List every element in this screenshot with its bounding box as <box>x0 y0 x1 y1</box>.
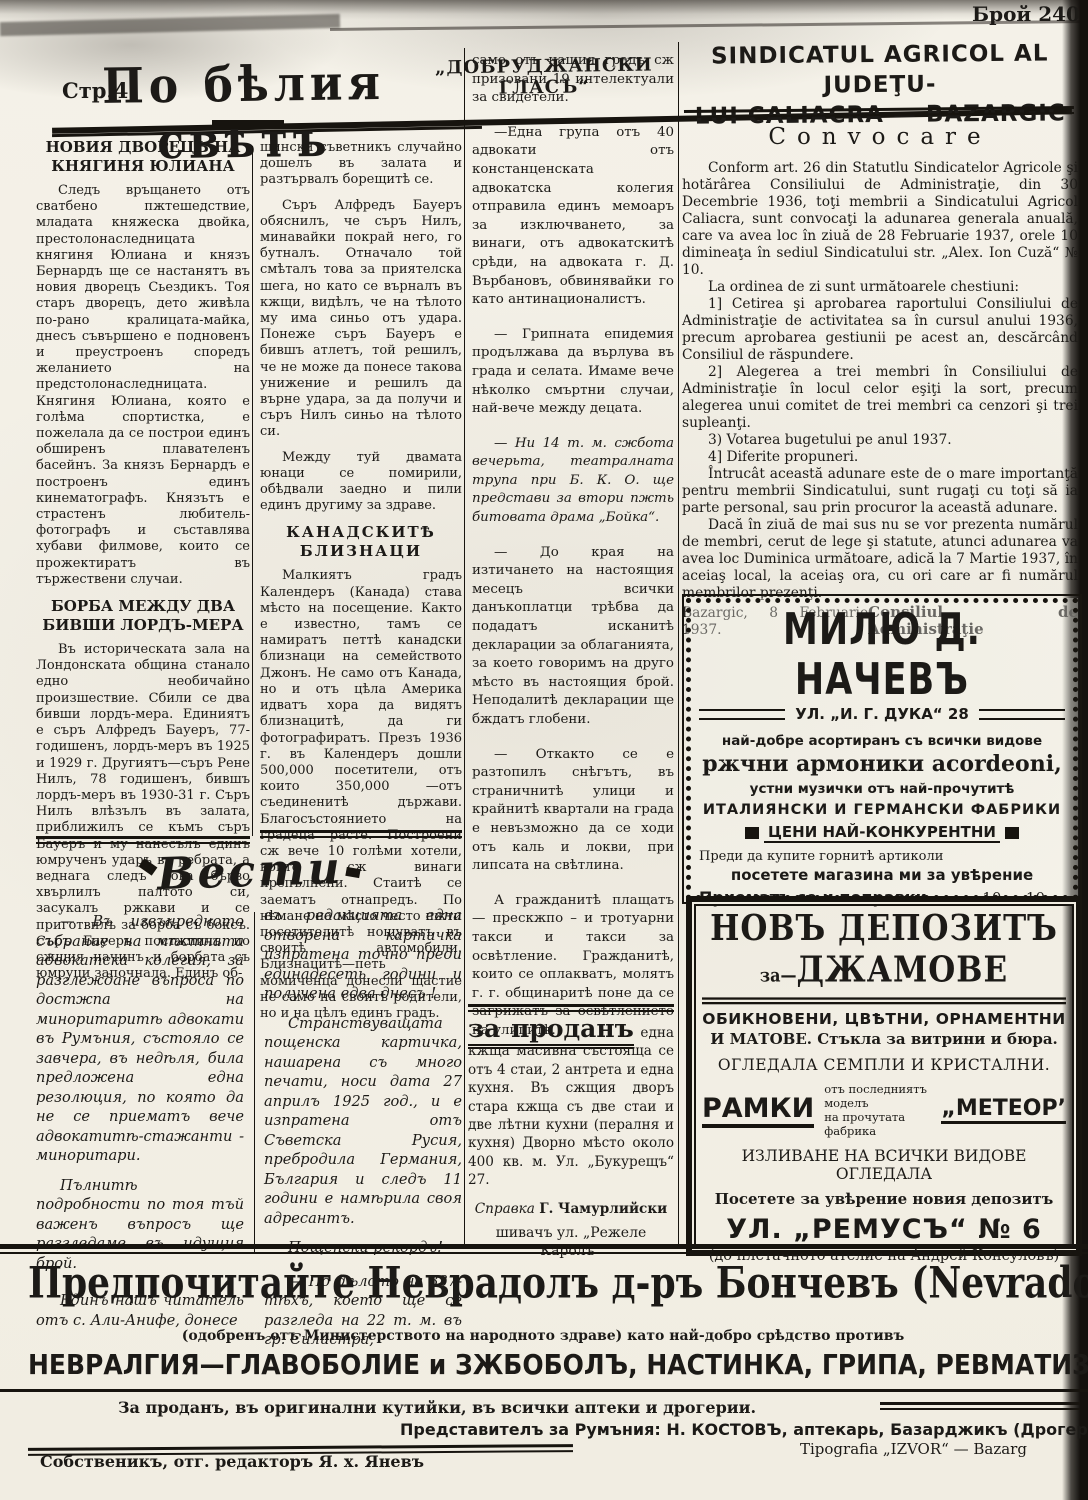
headline-ink-mark <box>212 120 284 129</box>
sindicat-title: SINDICATUL AGRICOL AL JUDEŢU- LUI CALIAC… <box>684 38 1077 131</box>
vesti-column-divider <box>254 912 255 1254</box>
ad-nachev-title: МИЛЮ Д. НАЧЕВЪ <box>699 605 1065 705</box>
ramki-row: РАМКИ отъ последниятъ моделъ на прочутат… <box>702 1082 1066 1138</box>
ad-nachev: МИЛЮ Д. НАЧЕВЪ УЛ. „И. Г. ДУКА“ 28 най-д… <box>686 598 1078 900</box>
contact-label: Справка <box>475 1201 535 1217</box>
vesti-item: Странствуващата пощенска картичка, нашар… <box>264 1014 462 1229</box>
ad-depozit-title: НОВЪ ДЕПОЗИТЪ за—ДЖАМОВЕ <box>702 908 1066 1005</box>
brief-item: — До края на изтичането на настоящия мес… <box>472 544 674 730</box>
ad-line: Посетете за увѣрение новия депозитъ <box>702 1190 1066 1208</box>
banner-ailments-line: НЕВРАЛГИЯ—ГЛАВОБОЛИЕ и ЗЖБОБОЛЪ, НАСТИНК… <box>28 1349 1088 1381</box>
paragraph: 2] Alegerea a trei membri în Consiliului… <box>682 364 1078 432</box>
newspaper-page: Стр.4 „ДОБРУДЖАНСКИ ГЛАСЪ“ Брой 240 По б… <box>0 0 1088 1500</box>
title-dash: — <box>780 964 796 986</box>
brief-item: — Грипната епидемия продължава да върлув… <box>472 326 674 419</box>
banner-top-rule-thin <box>0 1252 1088 1254</box>
ad-depozit-address: УЛ. „РЕМУСЪ“ № 6 <box>702 1214 1066 1245</box>
for-sale-contact-line2: шивачъ ул. „Режеле Каролъ“ <box>468 1224 674 1261</box>
vesti-item: въ редакцията една отворена картичка изп… <box>264 906 462 1004</box>
banner-representative-line: Представителъ за Румъния: Н. КОСТОВЪ, ап… <box>400 1420 1088 1439</box>
article-title: КАНАДСКИТѢ БЛИЗНАЦИ <box>260 523 462 561</box>
ad-line: И МАТОВЕ. Стъкла за витрини и бюра. <box>702 1030 1066 1048</box>
convocare-body: Conform art. 26 din Statutlu Sindicatelo… <box>682 160 1078 639</box>
banner-sale-line: За проданъ, въ оригинални кутийки, въ вс… <box>118 1398 756 1417</box>
section-rule <box>468 1004 674 1012</box>
ramki-small-text: отъ последниятъ моделъ на прочутата фабр… <box>824 1082 931 1138</box>
brief-item: само отъ нашия градъ сж призовани 19 инт… <box>472 52 674 108</box>
small-line: отъ последниятъ моделъ <box>824 1082 931 1110</box>
article-body: Съръ Алфредъ Бауеръ обяснилъ, че съръ Ни… <box>260 198 462 441</box>
article-body: Следъ връщането отъ сватбено пжтешедстви… <box>36 183 250 588</box>
footer-owner: Собственикъ, отг. редакторъ Я. х. Яневъ <box>40 1452 424 1471</box>
vesti-item: — Въ извънредното събрание на мѣстната а… <box>36 912 244 1166</box>
column-3: само отъ нашия градъ сж призовани 19 инт… <box>472 52 674 1041</box>
ad-line: ЦЕНИ НАЙ-КОНКУРЕНТНИ <box>699 823 1065 841</box>
banner-rule <box>0 1389 1088 1392</box>
column-divider <box>464 48 465 1248</box>
ad-line: ОГЛЕДАЛА СЕМПЛИ И КРИСТАЛНИ. <box>702 1056 1066 1074</box>
issue-number: Брой 240 <box>972 2 1080 26</box>
ad-line-text: ЦЕНИ НАЙ-КОНКУРЕНТНИ <box>764 823 1000 843</box>
vesti-logo: Вести <box>129 842 371 901</box>
address-text: УЛ. „И. Г. ДУКА“ 28 <box>795 705 969 723</box>
ramki-word: РАМКИ <box>702 1093 814 1128</box>
ad-line: Преди да купите горнитѣ артиколи <box>699 849 1065 864</box>
title-part: за <box>760 964 781 986</box>
sindicat-title-line1: SINDICATUL AGRICOL AL JUDEŢU- <box>684 38 1077 101</box>
ad-nachev-address: УЛ. „И. Г. ДУКА“ 28 <box>699 705 1065 723</box>
small-line: на прочутата фабрика <box>824 1110 931 1138</box>
contact-name: Г. Чамурлийски <box>539 1201 667 1217</box>
column-divider <box>678 42 679 1248</box>
article-body: щински съветникъ случайно дошелъ въ зала… <box>260 140 462 189</box>
section-rule <box>260 830 462 838</box>
paragraph: 3) Votarea bugetului pe anul 1937. <box>682 432 1078 449</box>
ad-depozit: НОВЪ ДЕПОЗИТЪ за—ДЖАМОВЕ ОБИКНОВЕНИ, ЦВѢ… <box>686 896 1082 1256</box>
for-sale-body: една кжща масивна състояща се отъ 4 стаи… <box>468 1025 674 1188</box>
banner-subline: (одобренъ отъ Министерството на народнот… <box>28 1328 1058 1344</box>
ad-line: ИТАЛИЯНСКИ И ГЕРМАНСКИ ФАБРИКИ <box>699 802 1065 818</box>
ad-line: ИЗЛИВАНЕ НА ВСИЧКИ ВИДОВЕ ОГЛЕДАЛА <box>702 1147 1066 1183</box>
convocare-heading: Convocare <box>684 124 1076 150</box>
for-sale-ad: за проданъ една кжща масивна състояща се… <box>468 1020 674 1261</box>
brief-item: — Откакто се е разтопилъ снѣгътъ, въ стр… <box>472 746 674 876</box>
ad-line: най-добре асортиранъ съ всички видове <box>699 733 1065 749</box>
paragraph: Dacă în ziuă de mai sus nu se vor prezen… <box>682 517 1078 602</box>
column-2: щински съветникъ случайно дошелъ въ зала… <box>260 140 462 1031</box>
article-title: БОРБА МЕЖДУ ДВА БИВШИ ЛОРДЪ-МЕРА <box>36 597 250 635</box>
banner-headline: Предпочитайте Неврадолъ д-ръ Бончевъ (Ne… <box>28 1258 1088 1308</box>
for-sale-contact: Справка Г. Чамурлийски <box>468 1200 674 1218</box>
brief-item: — Ни 14 т. м. сжбота вечерьта, театрална… <box>472 435 674 528</box>
section-rule <box>36 836 250 844</box>
meteor-brand: „МЕТЕОР’ <box>941 1096 1066 1124</box>
paragraph: 1] Cetirea şi aprobarea raportului Consi… <box>682 296 1078 364</box>
footer-printer: Tipografia „IZVOR“ — Bazarg <box>800 1440 1027 1458</box>
ornament-square <box>1005 827 1019 839</box>
article-title: НОВИЯ ДВОРЕЦЪ НА КНЯГИНЯ ЮЛИАНА <box>36 138 250 176</box>
ad-line: ОБИКНОВЕНИ, ЦВѢТНИ, ОРНАМЕНТНИ <box>702 1010 1066 1028</box>
title-part: НОВЪ ДЕПОЗИТЪ <box>710 908 1058 949</box>
banner-sale-rule <box>880 1402 1080 1410</box>
column-divider <box>252 146 253 836</box>
brief-item: —Една група отъ 40 адвокати отъ констанц… <box>472 124 674 310</box>
ornament-square <box>745 827 759 839</box>
ad-line-text: И МАТОВЕ. Стъкла за витрини и бюра. <box>710 1030 1058 1048</box>
torn-top-edge <box>0 0 1088 20</box>
article-body: Между туй двамата юнаци се помирили, обѣ… <box>260 450 462 515</box>
paragraph: Întrucât această adunare este de o mare … <box>682 466 1078 517</box>
ad-line: посетете магазина ми за увѣрение <box>699 866 1065 884</box>
for-sale-text: за проданъ една кжща масивна състояща се… <box>468 1020 674 1190</box>
ad-line: ржчни армоники acordeoni, <box>699 751 1065 777</box>
paragraph: Conform art. 26 din Statutlu Sindicatelo… <box>682 160 1078 279</box>
title-part: ДЖАМОВЕ <box>796 949 1008 990</box>
banner-top-rule <box>0 1244 1088 1249</box>
paragraph: La ordinea de zi sunt următoarele chesti… <box>682 279 1078 296</box>
paragraph: 4] Diferite propuneri. <box>682 449 1078 466</box>
ad-line: устни музички отъ най-прочутитѣ <box>699 781 1065 797</box>
